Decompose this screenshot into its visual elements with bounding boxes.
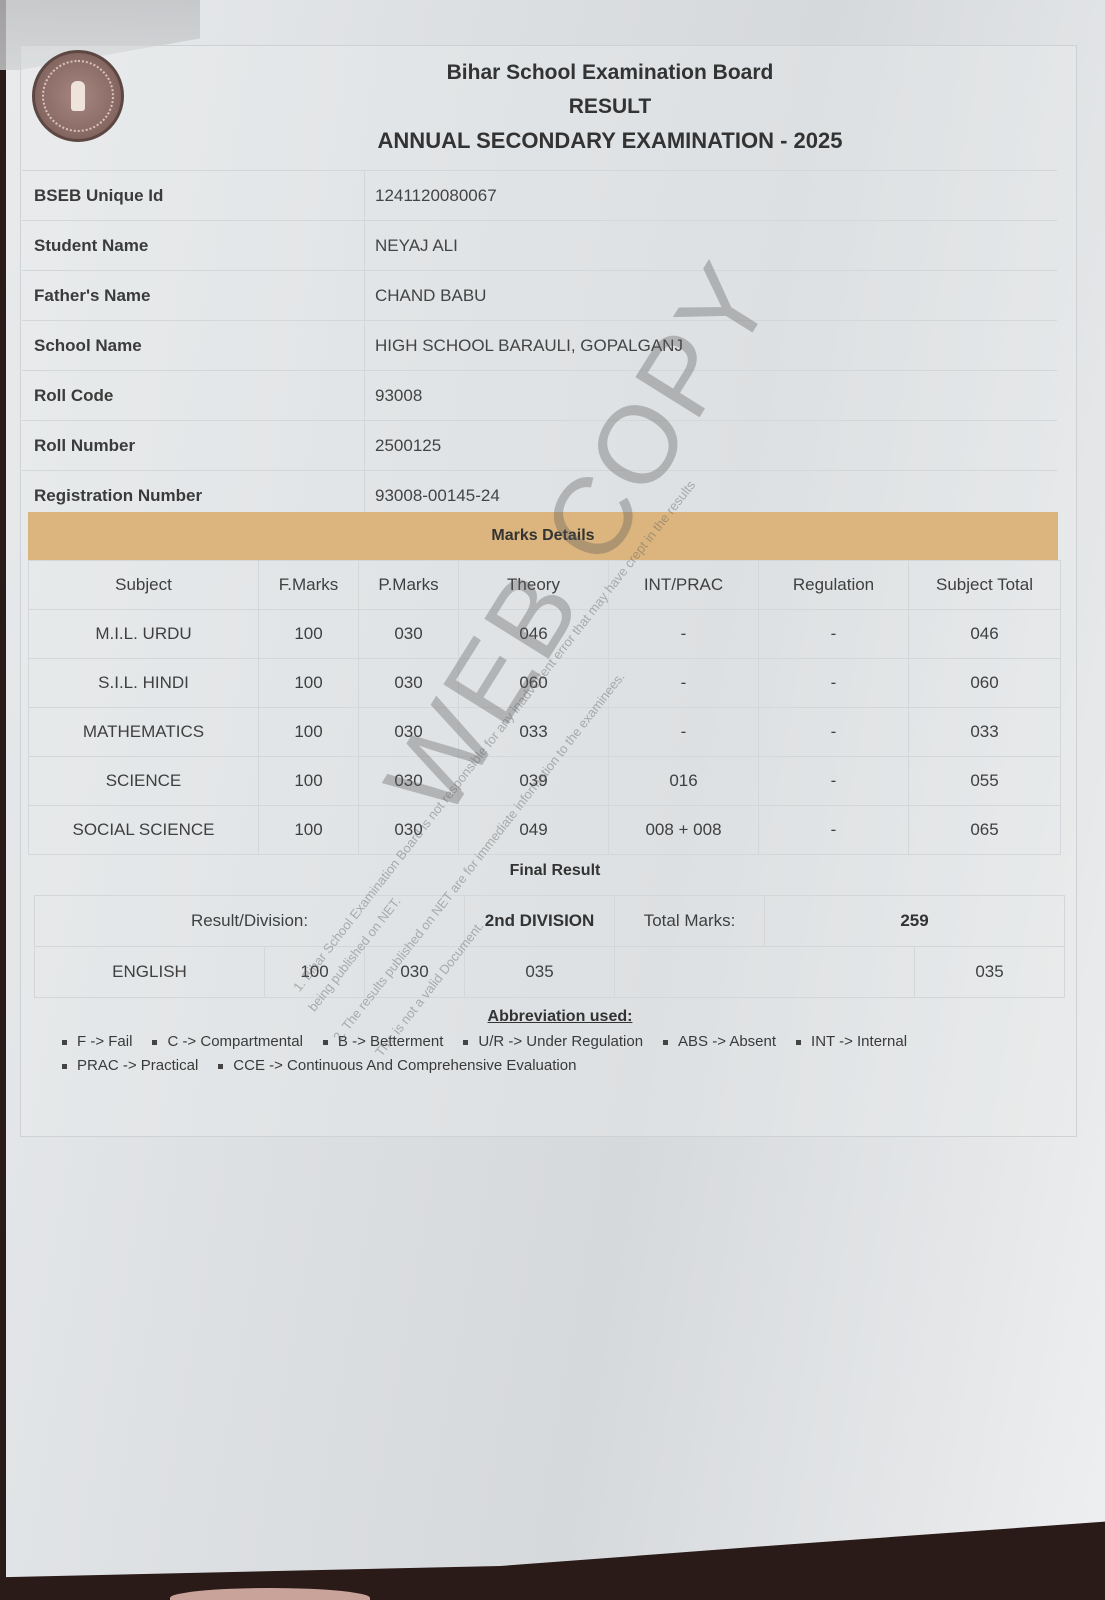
abbreviation-item: PRAC -> Practical <box>62 1057 198 1074</box>
column-header: Regulation <box>759 561 909 610</box>
table-cell: 030 <box>359 610 459 659</box>
column-header: INT/PRAC <box>609 561 759 610</box>
table-cell: M.I.L. URDU <box>29 610 259 659</box>
table-cell: - <box>609 659 759 708</box>
info-label: BSEB Unique Id <box>22 171 365 221</box>
marks-header-row: SubjectF.MarksP.MarksTheoryINT/PRACRegul… <box>29 561 1061 610</box>
info-value: CHAND BABU <box>365 271 1058 321</box>
division-value: 2nd DIVISION <box>465 896 615 947</box>
table-cell: - <box>609 610 759 659</box>
abbreviation-item: F -> Fail <box>62 1033 132 1050</box>
table-cell: SCIENCE <box>29 757 259 806</box>
bseb-logo-icon <box>32 50 124 142</box>
table-row: SOCIAL SCIENCE100030049008 + 008-065 <box>29 806 1061 855</box>
table-cell: - <box>609 708 759 757</box>
extra-subject-total: 035 <box>915 947 1065 998</box>
info-row: BSEB Unique Id 1241120080067 <box>22 171 1057 221</box>
abbreviation-item: U/R -> Under Regulation <box>463 1033 643 1050</box>
abbreviation-item: CCE -> Continuous And Comprehensive Eval… <box>218 1057 576 1074</box>
info-row: Roll Number 2500125 <box>22 421 1057 471</box>
info-label: School Name <box>22 321 365 371</box>
abbreviation-title: Abbreviation used: <box>440 1008 680 1026</box>
extra-subject-name: ENGLISH <box>35 947 265 998</box>
table-cell: 033 <box>459 708 609 757</box>
bullet-icon <box>62 1040 67 1045</box>
bullet-icon <box>796 1040 801 1045</box>
table-cell: 049 <box>459 806 609 855</box>
abbreviation-item: C -> Compartmental <box>152 1033 302 1050</box>
table-cell: MATHEMATICS <box>29 708 259 757</box>
table-row: M.I.L. URDU100030046--046 <box>29 610 1061 659</box>
table-row: SCIENCE100030039016-055 <box>29 757 1061 806</box>
table-cell: 100 <box>259 610 359 659</box>
info-value: HIGH SCHOOL BARAULI, GOPALGANJ <box>365 321 1058 371</box>
table-cell: - <box>759 757 909 806</box>
document-header: Bihar School Examination Board RESULT AN… <box>330 56 890 158</box>
table-cell: 100 <box>259 659 359 708</box>
info-value: 1241120080067 <box>365 171 1058 221</box>
division-row: Result/Division: 2nd DIVISION Total Mark… <box>35 896 1065 947</box>
abbreviation-list: F -> FailC -> CompartmentalB -> Betterme… <box>62 1030 1042 1078</box>
table-cell: 100 <box>259 757 359 806</box>
table-cell: 065 <box>909 806 1061 855</box>
info-label: Roll Code <box>22 371 365 421</box>
info-value: 2500125 <box>365 421 1058 471</box>
extra-subject-empty <box>615 947 915 998</box>
bullet-icon <box>218 1064 223 1069</box>
table-cell: - <box>759 708 909 757</box>
table-cell: 046 <box>459 610 609 659</box>
table-cell: 030 <box>359 757 459 806</box>
table-cell: 060 <box>459 659 609 708</box>
document-type: RESULT <box>330 90 890 124</box>
table-cell: - <box>759 659 909 708</box>
bullet-icon <box>323 1040 328 1045</box>
table-cell: 016 <box>609 757 759 806</box>
table-cell: SOCIAL SCIENCE <box>29 806 259 855</box>
abbreviation-item: INT -> Internal <box>796 1033 907 1050</box>
final-result-title: Final Result <box>470 862 640 880</box>
table-cell: S.I.L. HINDI <box>29 659 259 708</box>
table-row: MATHEMATICS100030033--033 <box>29 708 1061 757</box>
table-cell: 100 <box>259 806 359 855</box>
extra-subject-fmarks: 100 <box>265 947 365 998</box>
table-cell: 008 + 008 <box>609 806 759 855</box>
info-label: Student Name <box>22 221 365 271</box>
student-info-table: BSEB Unique Id 1241120080067Student Name… <box>22 170 1057 520</box>
abbreviation-item: B -> Betterment <box>323 1033 443 1050</box>
table-cell: - <box>759 610 909 659</box>
table-cell: - <box>759 806 909 855</box>
column-header: Subject Total <box>909 561 1061 610</box>
extra-subject-row: ENGLISH 100 030 035 035 <box>35 947 1065 998</box>
info-row: Student Name NEYAJ ALI <box>22 221 1057 271</box>
column-header: Subject <box>29 561 259 610</box>
table-cell: 039 <box>459 757 609 806</box>
info-row: Father's Name CHAND BABU <box>22 271 1057 321</box>
marks-details-header: Marks Details <box>28 512 1058 560</box>
info-label: Father's Name <box>22 271 365 321</box>
table-cell: 033 <box>909 708 1061 757</box>
table-cell: 030 <box>359 659 459 708</box>
info-value: 93008 <box>365 371 1058 421</box>
total-marks-label: Total Marks: <box>615 896 765 947</box>
bullet-icon <box>62 1064 67 1069</box>
bullet-icon <box>663 1040 668 1045</box>
column-header: Theory <box>459 561 609 610</box>
extra-subject-theory: 035 <box>465 947 615 998</box>
info-row: School Name HIGH SCHOOL BARAULI, GOPALGA… <box>22 321 1057 371</box>
info-row: Roll Code 93008 <box>22 371 1057 421</box>
info-value: NEYAJ ALI <box>365 221 1058 271</box>
final-result-table: Result/Division: 2nd DIVISION Total Mark… <box>34 895 1065 998</box>
finger <box>170 1588 370 1600</box>
bullet-icon <box>152 1040 157 1045</box>
column-header: P.Marks <box>359 561 459 610</box>
division-label: Result/Division: <box>35 896 465 947</box>
table-cell: 060 <box>909 659 1061 708</box>
table-row: S.I.L. HINDI100030060--060 <box>29 659 1061 708</box>
info-label: Roll Number <box>22 421 365 471</box>
total-marks-value: 259 <box>765 896 1065 947</box>
table-cell: 030 <box>359 806 459 855</box>
exam-title: ANNUAL SECONDARY EXAMINATION - 2025 <box>330 124 890 158</box>
abbreviation-item: ABS -> Absent <box>663 1033 776 1050</box>
extra-subject-pmarks: 030 <box>365 947 465 998</box>
column-header: F.Marks <box>259 561 359 610</box>
table-cell: 100 <box>259 708 359 757</box>
bullet-icon <box>463 1040 468 1045</box>
marks-table: SubjectF.MarksP.MarksTheoryINT/PRACRegul… <box>28 560 1061 855</box>
table-cell: 046 <box>909 610 1061 659</box>
board-name: Bihar School Examination Board <box>330 56 890 90</box>
table-cell: 055 <box>909 757 1061 806</box>
table-cell: 030 <box>359 708 459 757</box>
